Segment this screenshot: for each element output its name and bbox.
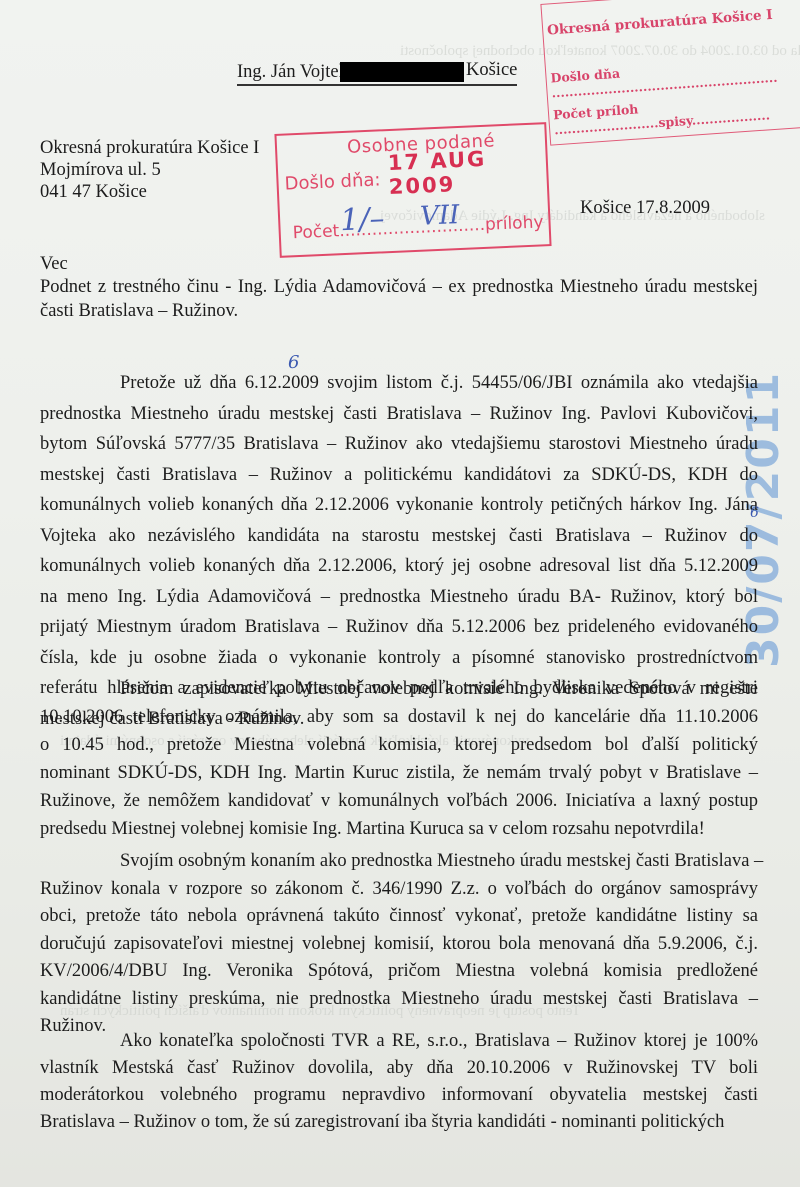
stamp-date-label: Došlo dňa: xyxy=(284,169,381,194)
paragraph-line: KV/2006/4/DBU Ing. Veronika Spótová, pri… xyxy=(40,959,758,983)
paragraph-line: o 10.45 hod., pretože Miestna volebná ko… xyxy=(40,733,758,757)
recipient-line: Mojmírova ul. 5 xyxy=(40,158,161,182)
paragraph-line: Svojím osobným konaním ako prednostka Mi… xyxy=(120,849,758,873)
paragraph-line: obci, pretože táto nebola oprávnená takú… xyxy=(40,904,758,928)
paragraph-line: moderátorkou volebného programu nepravdi… xyxy=(40,1083,758,1107)
handwritten-attachments: VII xyxy=(420,200,461,232)
paragraph-line: mestskej časti Bratislava – Ružinov a po… xyxy=(40,463,758,487)
subject-line: Podnet z trestného činu - Ing. Lýdia Ada… xyxy=(40,275,758,299)
paragraph-line: Pričom zapisovateľka Miestnej volebnej k… xyxy=(120,677,758,701)
paragraph-line: nominant SDKÚ-DS, KDH Ing. Martin Kuruc … xyxy=(40,761,758,785)
handwritten-note: 6 xyxy=(288,352,299,373)
paragraph-line: vlastník Mestská časť Ružinov dovolila, … xyxy=(40,1056,758,1080)
handwritten-note: 6 xyxy=(750,505,759,521)
paragraph-line: Pretože už dňa 6.12.2009 svojim listom č… xyxy=(120,371,758,395)
paragraph-line: Ružinov konala v rozpore so zákonom č. 3… xyxy=(40,877,758,901)
place-date: Košice 17.8.2009 xyxy=(580,196,710,220)
paragraph-line: čísla, kde ju osobne žiada o vykonanie k… xyxy=(40,646,758,670)
stamp-date: 17 AUG 2009 xyxy=(387,144,547,199)
recipient-line: 041 47 Košice xyxy=(40,180,147,204)
stamp-count-label: Počet...........................prílohy xyxy=(292,212,544,243)
subject-label: Vec xyxy=(40,252,68,276)
paragraph-line: doručujú zapisovateľovi miestnej volebne… xyxy=(40,932,758,956)
redacted-address xyxy=(340,62,464,82)
paragraph-line: Ružinove, že nemôžem kandidovať v komuná… xyxy=(40,789,758,813)
paragraph-line: komunálnych volieb konaných dňa 2.12.200… xyxy=(40,554,758,578)
office-stamp-title: Okresná prokuratúra Košice I xyxy=(547,7,773,39)
paragraph-line: prijatý Miestnym úradom Bratislava – Ruž… xyxy=(40,615,758,639)
received-stamp: Osobne podané 17 AUG 2009 Došlo dňa: Poč… xyxy=(274,122,551,258)
paragraph-line: na meno Ing. Lýdia Adamovičová – prednos… xyxy=(40,585,758,609)
recipient-line: Okresná prokuratúra Košice I xyxy=(40,136,259,160)
sender-underline xyxy=(237,84,517,86)
paragraph-line: bytom Súľovská 5777/35 Bratislava – Ruži… xyxy=(40,432,758,456)
subject-line: časti Bratislava – Ružinov. xyxy=(40,299,758,323)
paragraph-line: komunálnych volieb konaných dňa 2.12.200… xyxy=(40,493,758,517)
paragraph-line: Bratislava – Ružinov o tom, že sú zaregi… xyxy=(40,1110,758,1134)
paragraph-line: predsedu Miestnej volebnej komisie Ing. … xyxy=(40,817,758,841)
handwritten-count: 1/– xyxy=(340,201,386,238)
paragraph-line: prednostka Miestneho úradu mestskej čast… xyxy=(40,402,758,426)
paragraph-line: kandidátne listiny preskúma, nie prednos… xyxy=(40,987,758,1011)
paragraph-line: 10.10.2006 telefonicky oznámila, aby som… xyxy=(40,705,758,729)
sender-city: Košice xyxy=(466,58,517,82)
paragraph-line: Ako konateľka spoločnosti TVR a RE, s.r.… xyxy=(120,1029,758,1053)
sender-name: Ing. Ján Vojtek, xyxy=(237,60,352,84)
paragraph-line: Vojteka ako nezávislého kandidáta na sta… xyxy=(40,524,758,548)
